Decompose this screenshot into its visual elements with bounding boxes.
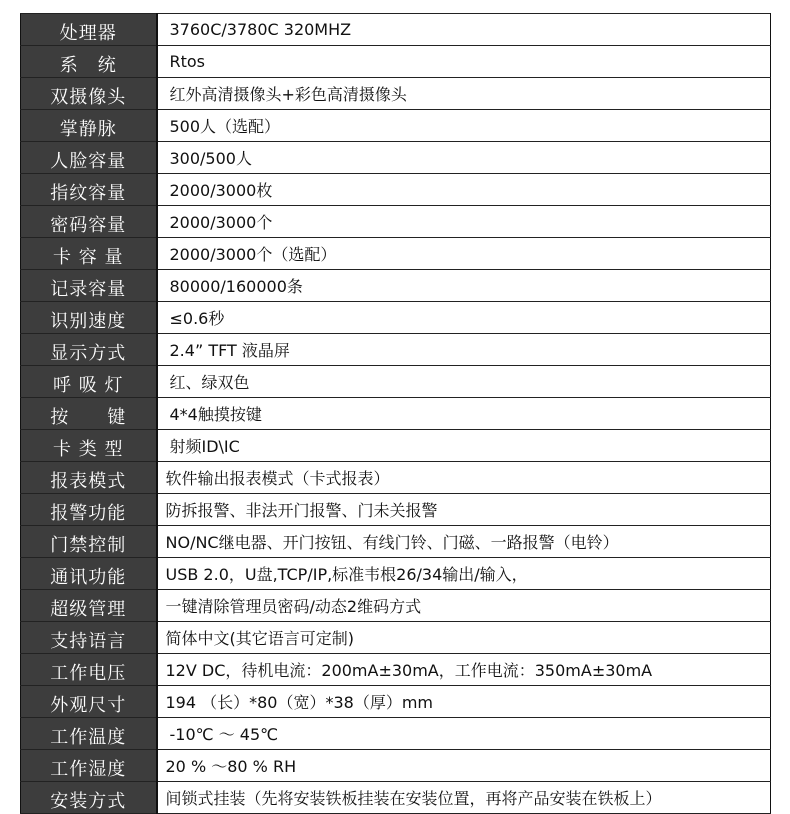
spec-label: 报表模式: [21, 462, 157, 494]
spec-row-record-capacity: 记录容量 80000/160000条: [21, 270, 771, 302]
spec-label: 报警功能: [21, 494, 157, 526]
spec-row-access-control: 门禁控制 NO/NC继电器、开门按钮、有线门铃、门磁、一路报警（电铃）: [21, 526, 771, 558]
spec-value: 3760C/3780C 320MHZ: [157, 14, 771, 46]
spec-value: 20 % ～80 % RH: [157, 750, 771, 782]
spec-value: 2000/3000个（选配）: [157, 238, 771, 270]
spec-value: ≤0.6秒: [157, 302, 771, 334]
spec-row-card-capacity: 卡 容 量 2000/3000个（选配）: [21, 238, 771, 270]
spec-label: 系 统: [21, 46, 157, 78]
spec-row-humidity: 工作湿度 20 % ～80 % RH: [21, 750, 771, 782]
spec-label: 外观尺寸: [21, 686, 157, 718]
spec-label: 显示方式: [21, 334, 157, 366]
spec-label: 支持语言: [21, 622, 157, 654]
spec-label: 记录容量: [21, 270, 157, 302]
spec-table: 处理器 3760C/3780C 320MHZ 系 统 Rtos 双摄像头 红外高…: [20, 13, 771, 814]
spec-row-voltage: 工作电压 12V DC，待机电流：200mA±30mA，工作电流：350mA±3…: [21, 654, 771, 686]
spec-row-face-capacity: 人脸容量 300/500人: [21, 142, 771, 174]
spec-value: 500人（选配）: [157, 110, 771, 142]
spec-label: 工作电压: [21, 654, 157, 686]
spec-row-fingerprint-capacity: 指纹容量 2000/3000枚: [21, 174, 771, 206]
spec-row-language: 支持语言 简体中文(其它语言可定制): [21, 622, 771, 654]
spec-value: USB 2.0，U盘,TCP/IP,标准韦根26/34输出/输入，: [157, 558, 771, 590]
spec-value: 一键清除管理员密码/动态2维码方式: [157, 590, 771, 622]
spec-row-temperature: 工作温度 -10℃ ～ 45℃: [21, 718, 771, 750]
spec-row-report-mode: 报表模式 软件输出报表模式（卡式报表）: [21, 462, 771, 494]
spec-value: -10℃ ～ 45℃: [157, 718, 771, 750]
spec-label: 通讯功能: [21, 558, 157, 590]
spec-value: 红外高清摄像头+彩色高清摄像头: [157, 78, 771, 110]
spec-value: 300/500人: [157, 142, 771, 174]
spec-row-breathing-light: 呼 吸 灯 红、绿双色: [21, 366, 771, 398]
spec-row-recognition-speed: 识别速度 ≤0.6秒: [21, 302, 771, 334]
spec-row-installation: 安装方式 间锁式挂装（先将安装铁板挂装在安装位置，再将产品安装在铁板上）: [21, 782, 771, 814]
spec-value: 2000/3000枚: [157, 174, 771, 206]
spec-row-palm-vein: 掌静脉 500人（选配）: [21, 110, 771, 142]
spec-label: 按 键: [21, 398, 157, 430]
spec-label: 超级管理: [21, 590, 157, 622]
spec-value: 12V DC，待机电流：200mA±30mA，工作电流：350mA±30mA: [157, 654, 771, 686]
spec-row-communication: 通讯功能 USB 2.0，U盘,TCP/IP,标准韦根26/34输出/输入，: [21, 558, 771, 590]
spec-row-dimensions: 外观尺寸 194 （长）*80（宽）*38（厚）mm: [21, 686, 771, 718]
spec-value: 射频ID\IC: [157, 430, 771, 462]
spec-label: 双摄像头: [21, 78, 157, 110]
spec-row-dual-camera: 双摄像头 红外高清摄像头+彩色高清摄像头: [21, 78, 771, 110]
spec-value: 4*4触摸按键: [157, 398, 771, 430]
spec-value: 红、绿双色: [157, 366, 771, 398]
spec-row-password-capacity: 密码容量 2000/3000个: [21, 206, 771, 238]
spec-label: 卡 类 型: [21, 430, 157, 462]
spec-value: 80000/160000条: [157, 270, 771, 302]
spec-label: 安装方式: [21, 782, 157, 814]
spec-label: 密码容量: [21, 206, 157, 238]
spec-label: 工作湿度: [21, 750, 157, 782]
spec-label: 处理器: [21, 14, 157, 46]
spec-label: 工作温度: [21, 718, 157, 750]
spec-label: 指纹容量: [21, 174, 157, 206]
spec-value: 间锁式挂装（先将安装铁板挂装在安装位置，再将产品安装在铁板上）: [157, 782, 771, 814]
spec-row-display: 显示方式 2.4” TFT 液晶屏: [21, 334, 771, 366]
spec-value: 194 （长）*80（宽）*38（厚）mm: [157, 686, 771, 718]
spec-label: 门禁控制: [21, 526, 157, 558]
spec-value: 简体中文(其它语言可定制): [157, 622, 771, 654]
spec-value: 2000/3000个: [157, 206, 771, 238]
spec-label: 卡 容 量: [21, 238, 157, 270]
spec-label: 人脸容量: [21, 142, 157, 174]
spec-value: 软件输出报表模式（卡式报表）: [157, 462, 771, 494]
spec-label: 掌静脉: [21, 110, 157, 142]
spec-value: 2.4” TFT 液晶屏: [157, 334, 771, 366]
spec-label: 呼 吸 灯: [21, 366, 157, 398]
spec-row-card-type: 卡 类 型 射频ID\IC: [21, 430, 771, 462]
spec-row-processor: 处理器 3760C/3780C 320MHZ: [21, 14, 771, 46]
spec-label: 识别速度: [21, 302, 157, 334]
spec-value: Rtos: [157, 46, 771, 78]
spec-row-keys: 按 键 4*4触摸按键: [21, 398, 771, 430]
spec-value: NO/NC继电器、开门按钮、有线门铃、门磁、一路报警（电铃）: [157, 526, 771, 558]
spec-row-alarm-function: 报警功能 防拆报警、非法开门报警、门未关报警: [21, 494, 771, 526]
spec-value: 防拆报警、非法开门报警、门未关报警: [157, 494, 771, 526]
spec-row-super-admin: 超级管理 一键清除管理员密码/动态2维码方式: [21, 590, 771, 622]
spec-row-system: 系 统 Rtos: [21, 46, 771, 78]
